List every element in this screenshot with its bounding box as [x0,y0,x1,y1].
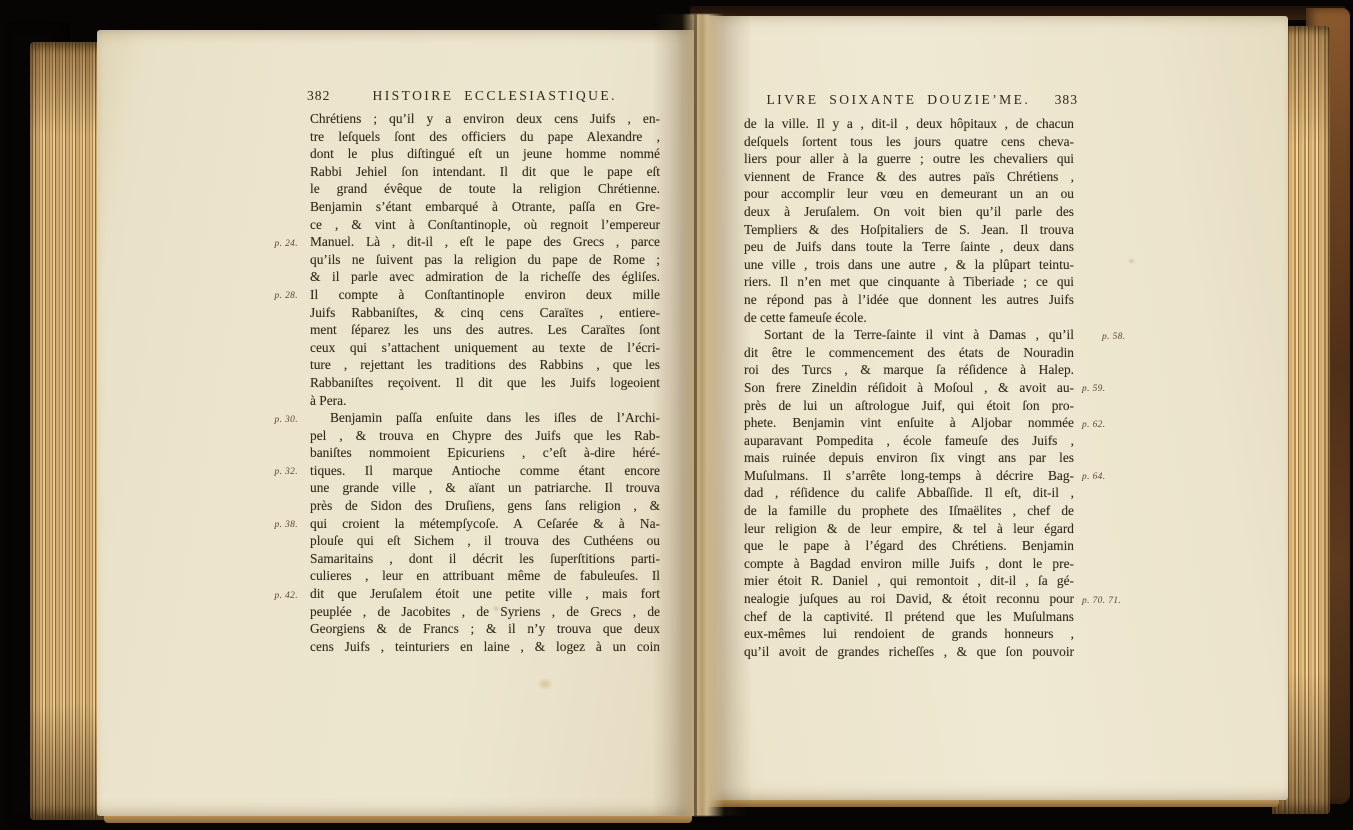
text-line: ce , & vint à Conſtantinople, où regnoit… [310,216,660,234]
text-line: eux-mêmes lui rendoient de grands honneu… [744,625,1074,643]
text-line: Rabbi Jehiel ſon intendant. Il dit que l… [310,163,660,181]
text-line: ture , rejettant les traditions des Rabb… [310,356,660,374]
text-line: auparavant Pompedita , école fameuſe des… [744,432,1074,450]
text-line: que le pape à l’égard des Chrétiens. Ben… [744,537,1074,555]
text-line: liers pour aller à la guerre ; outre les… [744,150,1074,168]
text-line: viennent de France & des autres païs Chr… [744,168,1074,186]
text-line: peu de Juifs dans toute la Terre ſainte … [744,238,1074,256]
text-line: leur religion & de leur empire, & tel à … [744,520,1074,538]
text-line: deux à Jeruſalem. On voit bien qu’il par… [744,203,1074,221]
left-text-block: Chrétiens ; qu’il y a environ deux cens … [310,110,660,655]
left-page-header: 382 HISTOIRE ECCLESIASTIQUE. [307,88,659,104]
gutter-crease [694,14,697,816]
text-line: ceux qui s’attachent uniquement au texte… [310,339,660,357]
text-line: Rabbaniſtes reçoivent. Il dit que les Ju… [310,374,660,392]
text-line: de la ville. Il y a , dit-il , deux hôpi… [744,115,1074,133]
text-line: plouſe qui eſt Sichem , il trouva des Cu… [310,532,660,550]
text-line: ne répond pas à l’idée que donnent les a… [744,291,1074,309]
text-line: deſquels ſortent tous les jours quatre c… [744,133,1074,151]
margin-note: p. 62. [1082,417,1106,435]
left-page-number: 382 [307,88,330,104]
margin-note: p. 58. [1082,329,1126,347]
text-line: phete. Benjamin vint enſuite à Aljobar n… [744,414,1074,432]
left-running-title: HISTOIRE ECCLESIASTIQUE. [330,88,659,104]
text-line: près de Sidon des Druſiens, gens ſans re… [310,497,660,515]
margin-note: p. 70. 71. [1082,593,1121,611]
text-line: une grande ville , & aïant un patriarche… [310,479,660,497]
text-line: qui croient la métempſycoſe. A Ceſarée &… [310,515,660,533]
text-line: Son frere Zineldin réſidoit à Moſoul , &… [744,379,1074,397]
margin-note: p. 30. [255,412,299,430]
margin-note: p. 32. [275,464,299,482]
text-line: dont le plus diſtingué eſt un jeune homm… [310,145,660,163]
text-line: roi des Turcs , & marque ſa réſidence à … [744,361,1074,379]
text-line: pel , & trouva en Chypre des Juifs que l… [310,427,660,445]
text-line: Sortant de la Terre-ſainte il vint à Dam… [744,326,1074,344]
text-line: dit que Jeruſalem étoit une petite ville… [310,585,660,603]
text-line: & il parle avec admiration de la richeſſ… [310,268,660,286]
book-photo: 382 HISTOIRE ECCLESIASTIQUE. Chrétiens ;… [0,0,1353,830]
text-line: chef de la captivité. Il prétend que les… [744,608,1074,626]
text-line: nealogie juſques au roi David, & étoit r… [744,590,1074,608]
margin-note: p. 59. [1082,381,1106,399]
text-line: ment ſéparez les uns des autres. Les Car… [310,321,660,339]
page-stain [1128,258,1135,264]
text-line: de la famille du prophete des Iſmaëlites… [744,502,1074,520]
text-line: qu’ils ne ſuivent pas la religion du pap… [310,251,660,269]
text-line: dit être le commencement des états de No… [744,344,1074,362]
text-line: Benjamin paſſa enſuite dans les iſles de… [310,409,660,427]
margin-note: p. 28. [275,288,299,306]
text-line: Georgiens & de Francs ; & il n’y trouva … [310,620,660,638]
right-leather-board [1306,8,1350,804]
text-line: près de lui un aſtrologue Juif, qui étoi… [744,397,1074,415]
text-line: Il compte à Conſtantinople environ deux … [310,286,660,304]
left-page: 382 HISTOIRE ECCLESIASTIQUE. Chrétiens ;… [97,30,694,816]
margin-note: p. 38. [275,517,299,535]
text-line: une ville , trois dans une autre , & la … [744,256,1074,274]
right-page-header: LIVRE SOIXANTE DOUZIE’ME. 383 [742,92,1078,108]
text-line: Juifs Rabbaniſtes, & cinq cens Caraïtes … [310,304,660,322]
margin-note: p. 64. [1082,469,1106,487]
text-line: tre leſquels ſont des officiers du pape … [310,128,660,146]
page-stain [537,678,553,690]
text-line: dad , réſidence du calife Abbaſſide. Il … [744,484,1074,502]
right-text-block: de la ville. Il y a , dit-il , deux hôpi… [744,115,1074,660]
text-line: le grand évêque de toute la religion Chr… [310,180,660,198]
text-line: de cette fameuſe école. [744,309,1074,327]
text-line: baniſtes nommoient Epicuriens , c’eſt à-… [310,444,660,462]
text-line: peuplée , de Jacobites , de Syriens , de… [310,603,660,621]
left-leather-board [6,22,70,826]
text-line: qu’il avoit de grandes richeſſes , & que… [744,643,1074,661]
text-line: Manuel. Là , dit-il , eſt le pape des Gr… [310,233,660,251]
right-page: LIVRE SOIXANTE DOUZIE’ME. 383 de la vill… [700,16,1288,800]
text-line: Templiers & des Hoſpitaliers de S. Jean.… [744,221,1074,239]
text-line: à Pera. [310,392,660,410]
text-line: culieres , leur en attribuant même de fa… [310,567,660,585]
text-line: compte à Bagdad environ mille Juifs , do… [744,555,1074,573]
text-line: tiques. Il marque Antioche comme étant e… [310,462,660,480]
text-line: pour accomplir leur vœu en demeurant un … [744,185,1074,203]
right-running-title: LIVRE SOIXANTE DOUZIE’ME. [742,92,1055,108]
text-line: mais ruinée depuis environ ſix vingt ans… [744,449,1074,467]
text-line: Muſulmans. Il s’arrête long-temps à décr… [744,467,1074,485]
margin-note: p. 42. [275,588,299,606]
text-line: Chrétiens ; qu’il y a environ deux cens … [310,110,660,128]
text-line: Benjamin s’étant embarqué à Otrante, paſ… [310,198,660,216]
text-line: Samaritains , dont il décrit les ſuperſt… [310,550,660,568]
text-line: riers. Il n’en met que cinquante à Tiber… [744,273,1074,291]
text-line: cens Juifs , teinturiers en laine , & lo… [310,638,660,656]
margin-note: p. 24. [275,236,299,254]
text-line: mier étoit R. Daniel , qui remontoit , d… [744,572,1074,590]
right-page-number: 383 [1055,92,1078,108]
